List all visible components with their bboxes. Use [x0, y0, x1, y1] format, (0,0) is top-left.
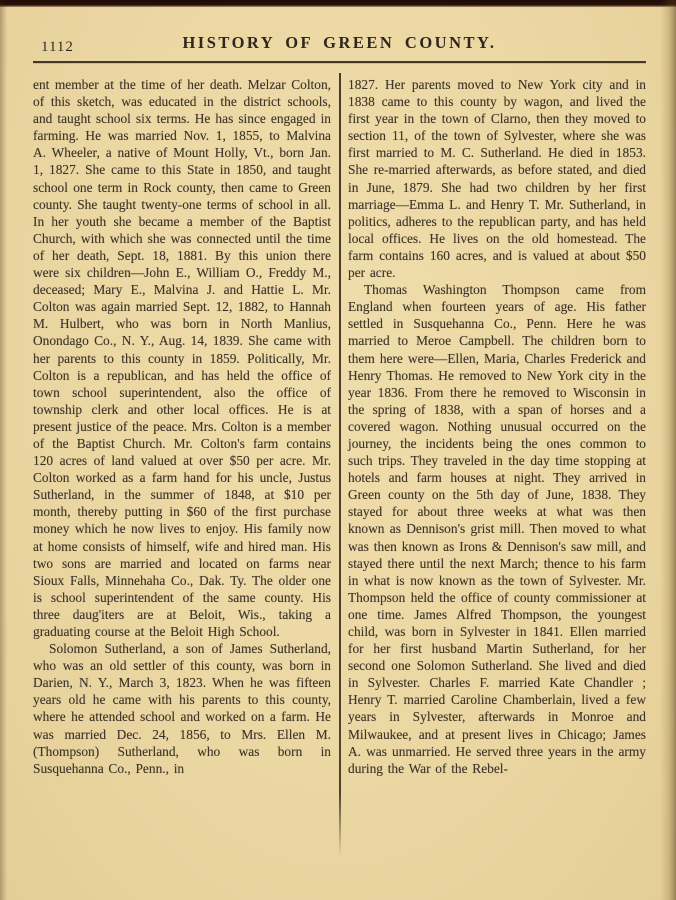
right-gutter-shadow — [660, 0, 676, 900]
column-divider — [339, 73, 341, 856]
paragraph: 1827. Her parents moved to New York city… — [348, 76, 646, 281]
paragraph: Solomon Sutherland, a son of James Suthe… — [33, 640, 331, 777]
page-number: 1112 — [41, 39, 74, 56]
header-rule — [33, 61, 646, 63]
right-column: 1827. Her parents moved to New York city… — [348, 70, 646, 862]
text-columns: ent member at the time of her death. Mel… — [33, 70, 646, 862]
left-column: ent member at the time of her death. Mel… — [33, 70, 331, 862]
page-left-edge-shadow — [0, 0, 7, 900]
page-header: 1112 HISTORY OF GREEN COUNTY. — [33, 30, 646, 56]
page-top-edge — [0, 0, 676, 7]
running-title: HISTORY OF GREEN COUNTY. — [33, 30, 646, 56]
book-page: 1112 HISTORY OF GREEN COUNTY. ent member… — [0, 0, 676, 900]
paragraph: ent member at the time of her death. Mel… — [33, 76, 331, 640]
paragraph: Thomas Washington Thompson came from Eng… — [348, 281, 646, 777]
